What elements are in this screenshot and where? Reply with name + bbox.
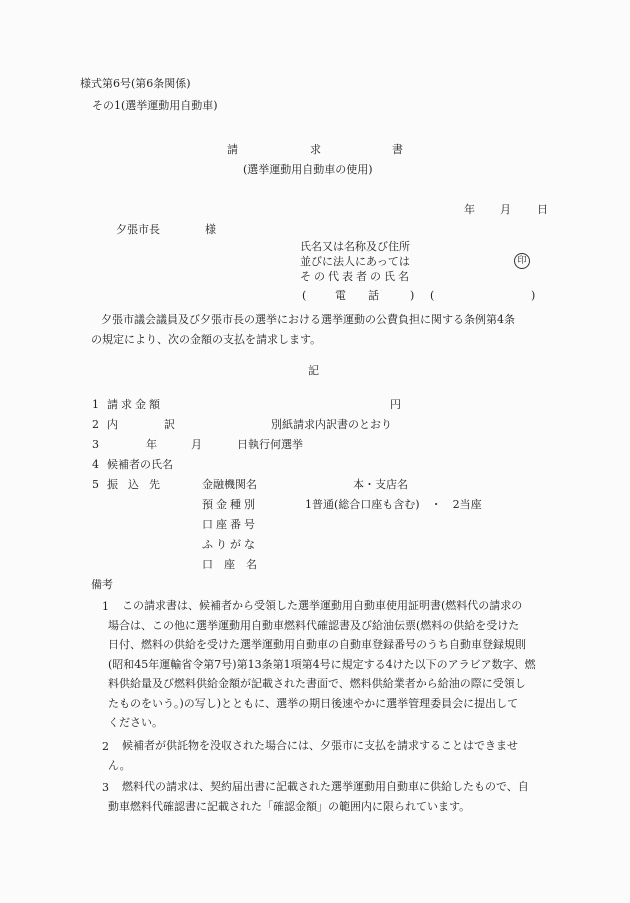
account-name-label: 口 座 名 [202,558,257,572]
item-2-label-b: 訳 [164,418,175,432]
notes-heading: 備考 [91,578,113,592]
note-1-line-3: 日付、燃料の供給を受けた選挙運動用自動車の自動車登録番号のうち自動車登録規則 [108,635,536,655]
item-3-year: 年 [146,438,157,452]
note-1-line-1: この請求書は、候補者から受領した選挙運動用自動車使用証明書(燃料代の請求の [108,596,536,616]
date-month: 月 [500,203,511,217]
item-3-month: 月 [191,438,202,452]
addressee-name: 夕張市長 [116,223,160,237]
intro-line-1: 夕張市議会議員及び夕張市長の選挙における選挙運動の公費負担に関する条例第4条 [101,313,515,327]
bank-institution-label: 金融機関名 [202,478,257,492]
note-1-line-7: ください。 [108,713,536,733]
note-1-line-4: (昭和45年運輸省令第7号)第13条第1項第4号に規定する4けた以下のアラビア数… [108,655,536,675]
note-3: 燃料代の請求は、契約届出書に記載された選挙運動用自動車に供給したもので、自 動車… [108,777,529,816]
item-3-num: 3 [92,438,99,452]
item-1-label: 請求金額 [107,398,163,412]
title-char-2: 求 [310,143,321,157]
item-5-label: 振込先 [107,478,170,492]
phone-paren-close: ) [410,289,414,303]
addressee-honorific: 様 [205,223,216,237]
bank-branch-label: 本・支店名 [353,478,408,492]
title-char-1: 請 [227,143,238,157]
date-day: 日 [537,203,548,217]
note-1: この請求書は、候補者から受領した選挙運動用自動車使用証明書(燃料代の請求の 場合… [108,596,536,733]
form-number: 様式第6号(第6条関係) [80,77,191,91]
item-2-label-a: 内 [107,418,118,432]
note-2-line-1: 候補者が供託物を没収された場合には、夕張市に支払を請求することはできませ [108,736,518,756]
note-3-line-2: 動車燃料代確認書に記載された「確認金額」の範囲内に限られています。 [108,797,529,817]
applicant-line-3: その代表者の氏名 [300,270,412,284]
note-2-line-2: ん。 [108,756,518,776]
phone-label: 電 話 [335,289,379,303]
item-2-value: 別紙請求内訳書のとおり [271,418,392,432]
phone-paren-open: ( [302,289,306,303]
seal-icon: 印 [514,253,530,269]
intro-line-2: の規定により、次の金額の支払を請求します。 [91,333,321,347]
applicant-line-1: 氏名又は名称及び住所 [300,240,410,254]
phone-value-close: ) [531,289,535,303]
date-year: 年 [464,203,475,217]
item-2-num: 2 [92,418,99,432]
deposit-type-label: 預金種別 [202,498,258,512]
note-1-line-5: 料供給量及び燃料供給金額が記載された書面で、燃料供給業者から給油の際に受領し [108,674,536,694]
deposit-type-options: 1普通(総合口座も含む) ・ 2当座 [305,498,482,512]
furigana-label: ふりがな [202,538,258,552]
item-4-label: 候補者の氏名 [107,458,173,472]
note-3-line-1: 燃料代の請求は、契約届出書に記載された選挙運動用自動車に供給したもので、自 [108,777,529,797]
applicant-line-2: 並びに法人にあっては [300,255,410,269]
form-subtitle: その1(選挙運動用自動車) [92,99,218,113]
account-number-label: 口座番号 [202,518,258,532]
document-subtitle: (選挙運動用自動車の使用) [243,163,373,177]
note-1-line-6: たものをいう。)の写し)とともに、選挙の期日後速やかに選挙管理委員会に提出して [108,694,536,714]
ki-heading: 記 [308,364,319,378]
note-2: 候補者が供託物を没収された場合には、夕張市に支払を請求することはできませ ん。 [108,736,518,775]
item-5-num: 5 [92,478,99,492]
phone-value-open: ( [430,289,434,303]
item-1-num: 1 [92,398,99,412]
item-3-value: 日執行何選挙 [237,438,303,452]
title-char-3: 書 [392,143,403,157]
item-1-value: 円 [390,398,401,412]
note-1-line-2: 場合は、この他に選挙運動用自動車燃料代確認書及び給油伝票(燃料の供給を受けた [108,616,536,636]
item-4-num: 4 [92,458,99,472]
